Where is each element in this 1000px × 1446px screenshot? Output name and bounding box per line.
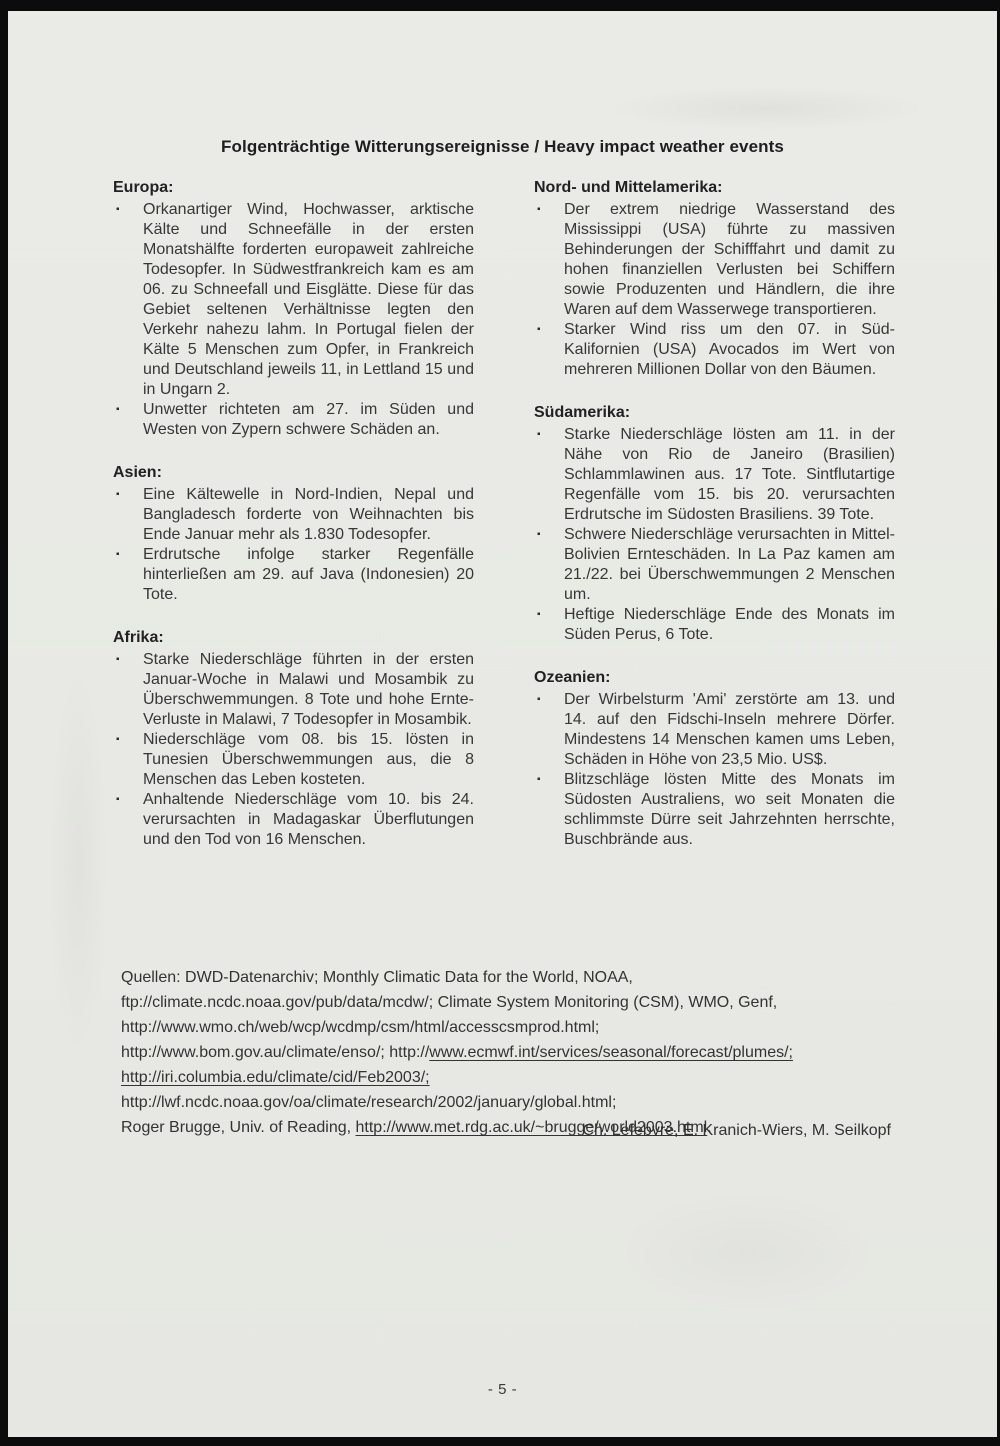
- event-list: ▪ Eine Kältewelle in Nord-Indien, Nepal …: [113, 485, 474, 605]
- bullet-marker: ▪: [534, 525, 564, 605]
- item-text: Erdrutsche infolge starker Regenfälle hi…: [143, 545, 474, 605]
- section-heading-afrika: Afrika:: [113, 628, 474, 648]
- list-item: ▪ Unwetter richteten am 27. im Süden und…: [113, 400, 474, 440]
- sources-line: http://www.bom.gov.au/climate/enso/; htt…: [121, 1040, 921, 1065]
- section-heading-nord-mittelamerika: Nord- und Mittelamerika:: [534, 178, 895, 198]
- section-heading-europa: Europa:: [113, 178, 474, 198]
- item-text: Schwere Niederschläge verursachten in Mi…: [564, 525, 895, 605]
- page-number: - 5 -: [8, 1381, 997, 1398]
- sources-line: Quellen: DWD-Datenarchiv; Monthly Climat…: [121, 965, 921, 990]
- sources-line: http://iri.columbia.edu/climate/cid/Feb2…: [121, 1065, 921, 1090]
- list-item: ▪ Starker Wind riss um den 07. in Süd-Ka…: [534, 320, 895, 380]
- page-title: Folgenträchtige Witterungsereignisse / H…: [8, 137, 997, 157]
- list-item: ▪ Niederschläge vom 08. bis 15. lösten i…: [113, 730, 474, 790]
- bullet-marker: ▪: [113, 400, 143, 440]
- bullet-marker: ▪: [534, 200, 564, 320]
- section-europa: Europa: ▪ Orkanartiger Wind, Hochwasser,…: [113, 178, 474, 440]
- authors-line: Ch. Lefebvre, E. Kranich-Wiers, M. Seilk…: [8, 1122, 891, 1140]
- right-column: Nord- und Mittelamerika: ▪ Der extrem ni…: [534, 178, 895, 873]
- sources-block: Quellen: DWD-Datenarchiv; Monthly Climat…: [121, 965, 921, 1140]
- sources-line: http://www.wmo.ch/web/wcp/wcdmp/csm/html…: [121, 1015, 921, 1040]
- event-list: ▪ Starke Niederschläge führten in der er…: [113, 650, 474, 850]
- bullet-marker: ▪: [113, 200, 143, 400]
- source-url: http://www.bom.gov.au/climate/enso/; htt…: [121, 1044, 429, 1061]
- list-item: ▪ Eine Kältewelle in Nord-Indien, Nepal …: [113, 485, 474, 545]
- item-text: Anhaltende Niederschläge vom 10. bis 24.…: [143, 790, 474, 850]
- scan-smudge-artifact: [617, 1191, 877, 1311]
- section-asien: Asien: ▪ Eine Kältewelle in Nord-Indien,…: [113, 463, 474, 605]
- item-text: Orkanartiger Wind, Hochwasser, arktische…: [143, 200, 474, 400]
- list-item: ▪ Erdrutsche infolge starker Regenfälle …: [113, 545, 474, 605]
- section-heading-asien: Asien:: [113, 463, 474, 483]
- item-text: Der extrem niedrige Wasserstand des Miss…: [564, 200, 895, 320]
- sources-line: http://lwf.ncdc.noaa.gov/oa/climate/rese…: [121, 1090, 921, 1115]
- list-item: ▪ Heftige Niederschläge Ende des Monats …: [534, 605, 895, 645]
- sources-line: ftp://climate.ncdc.noaa.gov/pub/data/mcd…: [121, 990, 921, 1015]
- section-suedamerika: Südamerika: ▪ Starke Niederschläge löste…: [534, 403, 895, 645]
- section-heading-suedamerika: Südamerika:: [534, 403, 895, 423]
- scan-smudge-artifact: [607, 86, 927, 131]
- item-text: Starke Niederschläge lösten am 11. in de…: [564, 425, 895, 525]
- section-nord-mittelamerika: Nord- und Mittelamerika: ▪ Der extrem ni…: [534, 178, 895, 380]
- list-item: ▪ Starke Niederschläge führten in der er…: [113, 650, 474, 730]
- left-column: Europa: ▪ Orkanartiger Wind, Hochwasser,…: [113, 178, 474, 873]
- item-text: Blitzschläge lösten Mitte des Monats im …: [564, 770, 895, 850]
- list-item: ▪ Blitzschläge lösten Mitte des Monats i…: [534, 770, 895, 850]
- item-text: Starke Niederschläge führten in der erst…: [143, 650, 474, 730]
- list-item: ▪ Starke Niederschläge lösten am 11. in …: [534, 425, 895, 525]
- item-text: Heftige Niederschläge Ende des Monats im…: [564, 605, 895, 645]
- bullet-marker: ▪: [534, 320, 564, 380]
- event-list: ▪ Der extrem niedrige Wasserstand des Mi…: [534, 200, 895, 380]
- list-item: ▪ Der Wirbelsturm 'Ami' zerstörte am 13.…: [534, 690, 895, 770]
- bullet-marker: ▪: [113, 790, 143, 850]
- section-heading-ozeanien: Ozeanien:: [534, 668, 895, 688]
- list-item: ▪ Der extrem niedrige Wasserstand des Mi…: [534, 200, 895, 320]
- bullet-marker: ▪: [113, 650, 143, 730]
- event-list: ▪ Starke Niederschläge lösten am 11. in …: [534, 425, 895, 645]
- item-text: Starker Wind riss um den 07. in Süd-Kali…: [564, 320, 895, 380]
- event-list: ▪ Orkanartiger Wind, Hochwasser, arktisc…: [113, 200, 474, 440]
- source-url-underlined: www.ecmwf.int/services/seasonal/forecast…: [429, 1044, 793, 1061]
- section-afrika: Afrika: ▪ Starke Niederschläge führten i…: [113, 628, 474, 850]
- list-item: ▪ Orkanartiger Wind, Hochwasser, arktisc…: [113, 200, 474, 400]
- bullet-marker: ▪: [113, 485, 143, 545]
- scanned-page: Folgenträchtige Witterungsereignisse / H…: [8, 11, 997, 1437]
- bullet-marker: ▪: [113, 730, 143, 790]
- event-list: ▪ Der Wirbelsturm 'Ami' zerstörte am 13.…: [534, 690, 895, 850]
- bullet-marker: ▪: [534, 770, 564, 850]
- item-text: Der Wirbelsturm 'Ami' zerstörte am 13. u…: [564, 690, 895, 770]
- bullet-marker: ▪: [113, 545, 143, 605]
- scan-smudge-artifact: [48, 651, 108, 1071]
- bullet-marker: ▪: [534, 605, 564, 645]
- item-text: Eine Kältewelle in Nord-Indien, Nepal un…: [143, 485, 474, 545]
- bullet-marker: ▪: [534, 425, 564, 525]
- content-columns: Europa: ▪ Orkanartiger Wind, Hochwasser,…: [113, 178, 895, 873]
- bullet-marker: ▪: [534, 690, 564, 770]
- source-url-underlined: http://iri.columbia.edu/climate/cid/Feb2…: [121, 1069, 430, 1086]
- item-text: Unwetter richteten am 27. im Süden und W…: [143, 400, 474, 440]
- list-item: ▪ Schwere Niederschläge verursachten in …: [534, 525, 895, 605]
- item-text: Niederschläge vom 08. bis 15. lösten in …: [143, 730, 474, 790]
- section-ozeanien: Ozeanien: ▪ Der Wirbelsturm 'Ami' zerstö…: [534, 668, 895, 850]
- list-item: ▪ Anhaltende Niederschläge vom 10. bis 2…: [113, 790, 474, 850]
